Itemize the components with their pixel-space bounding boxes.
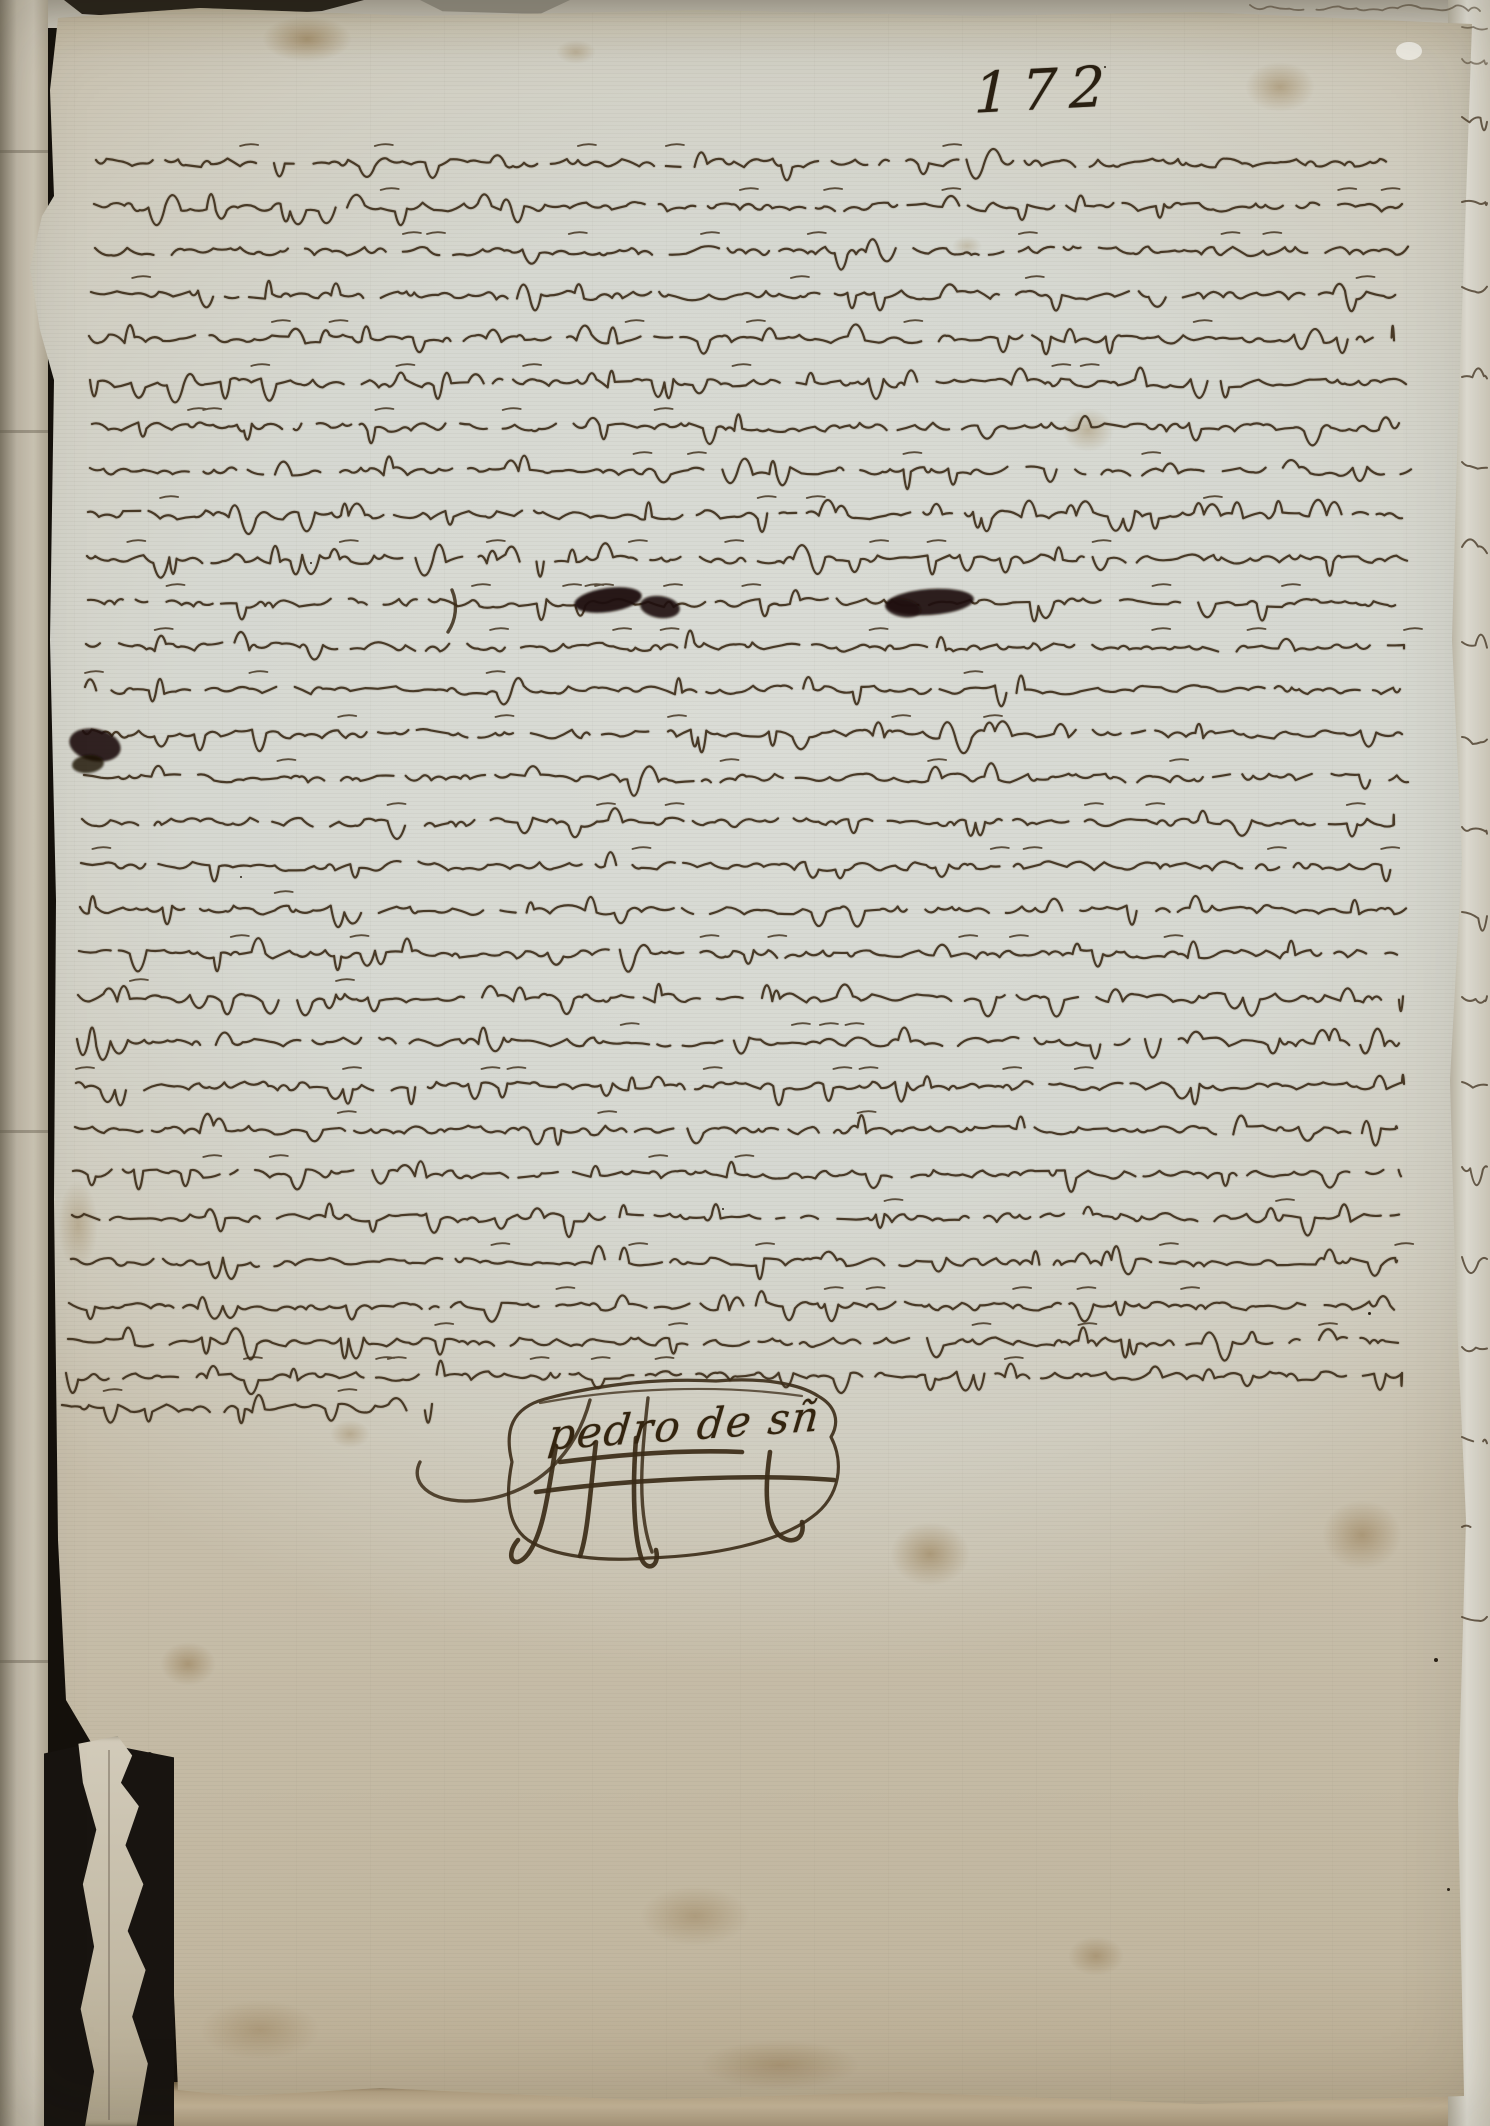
handwriting-stroke (1462, 462, 1487, 469)
handwriting-stroke (272, 320, 1212, 322)
handwriting-stroke (160, 496, 1222, 498)
handwriting-stroke (634, 1438, 657, 1566)
handwriting-stroke (81, 852, 1390, 881)
handwriting-stroke (78, 984, 1403, 1016)
handwriting-stroke (240, 144, 961, 146)
handwriting-stroke (76, 1067, 1093, 1069)
manuscript-scan: 172 pedro de sñ (0, 0, 1490, 2126)
handwriting-stroke (87, 543, 1407, 577)
handwriting-stroke (1462, 1526, 1471, 1527)
handwriting-stroke (85, 676, 1400, 707)
handwriting-stroke (76, 1075, 1404, 1105)
handwriting-stroke (511, 1446, 556, 1562)
handwriting-stroke (885, 1199, 1295, 1201)
handwriting-stroke (203, 1155, 753, 1157)
handwriting-stroke (1462, 59, 1487, 64)
handwriting-stroke (1462, 1617, 1487, 1621)
handwriting-stroke (95, 239, 1408, 269)
folio-number: 172 (974, 54, 1118, 127)
handwriting-stroke (556, 1287, 1199, 1289)
handwriting-stroke (251, 364, 1098, 366)
handwriting-stroke (1462, 1347, 1487, 1351)
handwriting-stroke (536, 1477, 834, 1492)
handwriting-stroke (82, 808, 1394, 839)
handwriting-stroke (275, 891, 293, 893)
handwriting-stroke (621, 1023, 864, 1025)
handwriting-stroke (1462, 996, 1487, 1003)
handwriting-stroke (92, 414, 1399, 445)
handwriting-stroke (277, 759, 1188, 761)
handwriting-stroke (83, 721, 1402, 753)
handwriting-stroke (80, 896, 1406, 927)
handwriting-stroke (89, 324, 1394, 354)
handwriting-stroke (85, 671, 982, 673)
handwriting-stroke (86, 631, 1404, 660)
handwriting-stroke (244, 1357, 1023, 1359)
handwriting-stroke (1462, 117, 1487, 130)
handwriting-stroke (96, 149, 1386, 180)
handwriting-stroke (127, 540, 1110, 542)
handwriting-stroke (90, 456, 1411, 489)
handwriting-stroke (94, 194, 1402, 225)
handwriting-stroke (1250, 5, 1480, 11)
handwriting-stroke (132, 276, 1374, 278)
ink-blot (639, 593, 682, 620)
handwriting-stroke (71, 1246, 1397, 1279)
handwriting-stroke (155, 628, 1422, 630)
handwriting-stroke (188, 408, 673, 410)
handwriting-stroke (1462, 827, 1487, 834)
handwriting-stroke (1462, 912, 1487, 931)
handwriting-stroke (1462, 1437, 1487, 1443)
handwriting-stroke (1462, 1166, 1487, 1185)
handwriting-stroke (167, 584, 1301, 586)
handwriting-stroke (92, 847, 1399, 849)
handwriting-stroke (77, 1028, 1399, 1060)
handwriting-stroke (91, 281, 1395, 311)
handwriting-stroke (104, 1389, 357, 1391)
handwriting-stroke (338, 1111, 876, 1113)
handwriting-stroke (1462, 287, 1487, 293)
handwriting-stroke (1462, 201, 1487, 205)
handwriting-stroke (95, 239, 1408, 269)
handwriting-stroke (338, 715, 1002, 717)
handwriting-stroke (84, 763, 1408, 796)
handwriting-stroke (69, 1291, 1394, 1321)
handwriting-stroke (231, 935, 1183, 937)
handwriting-stroke (88, 500, 1402, 534)
handwriting-stroke (72, 1204, 1399, 1237)
handwriting-stroke (1462, 539, 1487, 553)
handwriting-stroke (1462, 368, 1487, 378)
handwriting-stroke (403, 232, 1281, 234)
handwriting-stroke (79, 938, 1397, 972)
handwriting-stroke (130, 979, 354, 981)
handwriting-stroke (381, 188, 1400, 190)
handwriting-stroke (1462, 635, 1487, 648)
handwriting-stroke (388, 803, 1365, 805)
handwriting-stroke (1462, 27, 1487, 30)
handwriting-stroke (90, 368, 1406, 403)
handwriting-stroke (1462, 1082, 1487, 1088)
handwriting-stroke (448, 590, 455, 632)
handwriting-stroke (75, 1114, 1397, 1146)
handwriting-stroke (435, 1323, 1337, 1325)
handwriting-stroke (73, 1161, 1401, 1192)
handwriting-stroke (68, 1327, 1398, 1360)
handwriting-stroke (634, 452, 1161, 454)
handwriting-stroke (62, 1395, 432, 1423)
handwriting-stroke (491, 1243, 1413, 1245)
handwriting-ink-layer (0, 0, 1490, 2126)
handwriting-stroke (72, 1204, 1399, 1237)
handwriting-stroke (1462, 737, 1487, 744)
handwriting-stroke (88, 590, 1395, 621)
handwriting-stroke (84, 763, 1408, 796)
handwriting-stroke (1462, 1257, 1487, 1273)
